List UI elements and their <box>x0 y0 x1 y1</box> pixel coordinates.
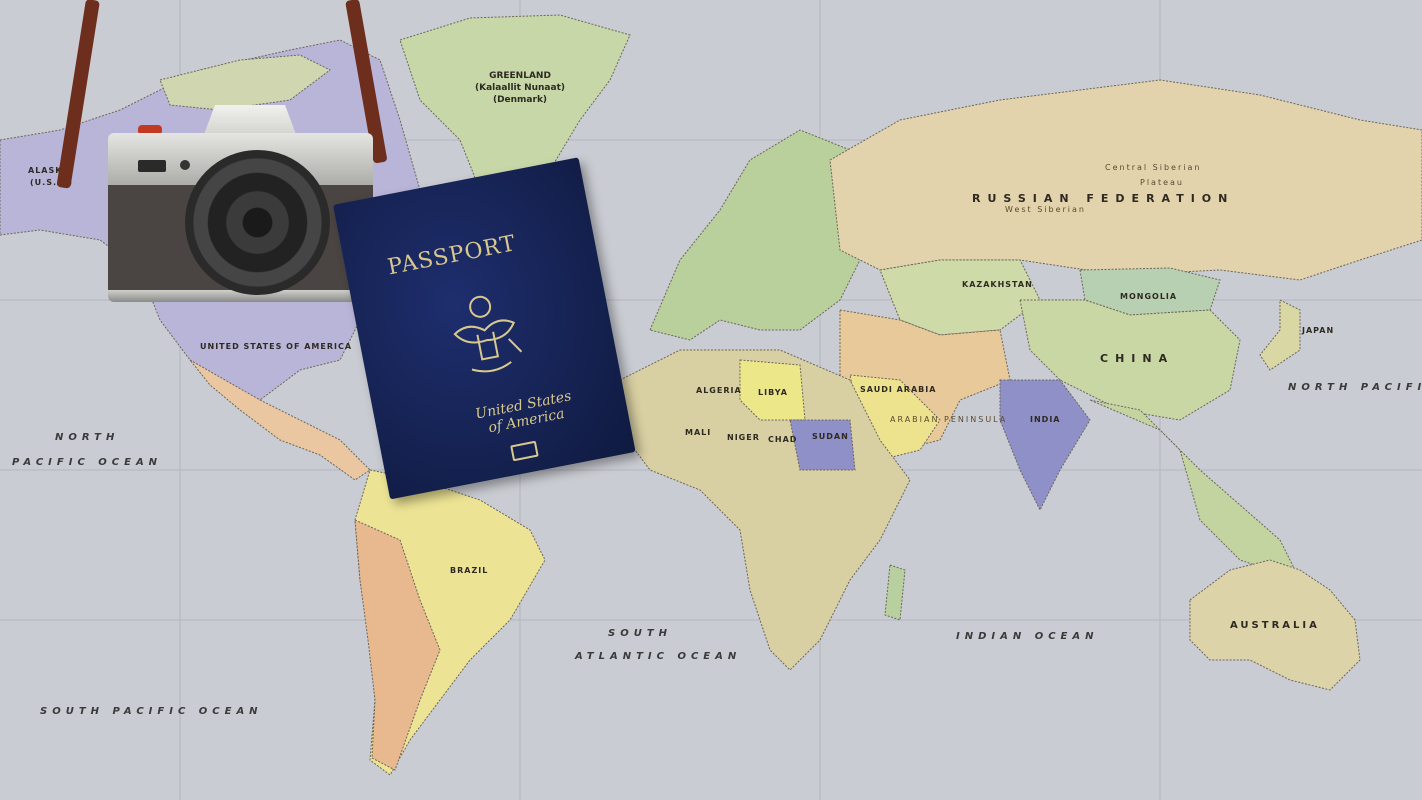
biometric-chip-icon <box>510 441 539 462</box>
camera-viewfinder-window <box>138 160 166 172</box>
ocean-label-north-pacific-west: NORTH <box>55 432 119 443</box>
passport-country: United States of America <box>474 388 576 438</box>
ocean-label-south-pacific: SOUTH PACIFIC OCEAN <box>40 706 263 717</box>
country-label-sudan: SUDAN <box>812 432 849 441</box>
ocean-label-south-atlantic: SOUTH <box>608 628 672 639</box>
country-label-australia: AUSTRALIA <box>1230 620 1320 631</box>
ocean-label-indian: INDIAN OCEAN <box>956 631 1098 642</box>
region-label-central-siberian: Central Siberian <box>1105 163 1201 172</box>
country-label-algeria: ALGERIA <box>696 386 742 395</box>
country-label-mongolia: MONGOLIA <box>1120 292 1177 301</box>
country-label-india: INDIA <box>1030 415 1060 424</box>
camera-sensor-dot <box>180 160 190 170</box>
country-label-niger: NIGER <box>727 433 760 442</box>
country-label-saudi-arabia: SAUDI ARABIA <box>860 385 936 394</box>
country-label-kazakhstan: KAZAKHSTAN <box>962 280 1033 289</box>
country-label-libya: LIBYA <box>758 388 788 397</box>
country-label-chad: CHAD <box>768 435 797 444</box>
ocean-label-north-pacific-west-2: PACIFIC OCEAN <box>12 457 162 468</box>
eagle-seal-icon <box>437 281 533 385</box>
country-label-usa: UNITED STATES OF AMERICA <box>200 342 352 351</box>
sudan-region <box>790 420 855 470</box>
region-label-central-siberian-2: Plateau <box>1140 178 1184 187</box>
country-label-japan: JAPAN <box>1302 326 1334 335</box>
passport-title: PASSPORT <box>386 231 519 280</box>
country-label-russia: RUSSIAN FEDERATION <box>972 192 1234 205</box>
greenland-sovereign: (Denmark) <box>475 94 565 106</box>
country-label-china: CHINA <box>1100 352 1174 365</box>
greenland-name: GREENLAND <box>475 70 565 82</box>
region-label-arabian-peninsula: ARABIAN PENINSULA <box>890 415 1007 424</box>
ocean-label-south-atlantic-2: ATLANTIC OCEAN <box>575 651 741 662</box>
ocean-label-north-pacific-east: NORTH PACIFIC <box>1288 382 1422 393</box>
greenland-local-name: (Kalaallit Nunaat) <box>475 82 565 94</box>
greenland-label: GREENLAND (Kalaallit Nunaat) (Denmark) <box>475 70 565 106</box>
country-label-brazil: BRAZIL <box>450 566 488 575</box>
region-label-west-siberian: West Siberian <box>1005 205 1086 214</box>
camera-lens-icon <box>185 150 330 295</box>
country-label-mali: MALI <box>685 428 711 437</box>
